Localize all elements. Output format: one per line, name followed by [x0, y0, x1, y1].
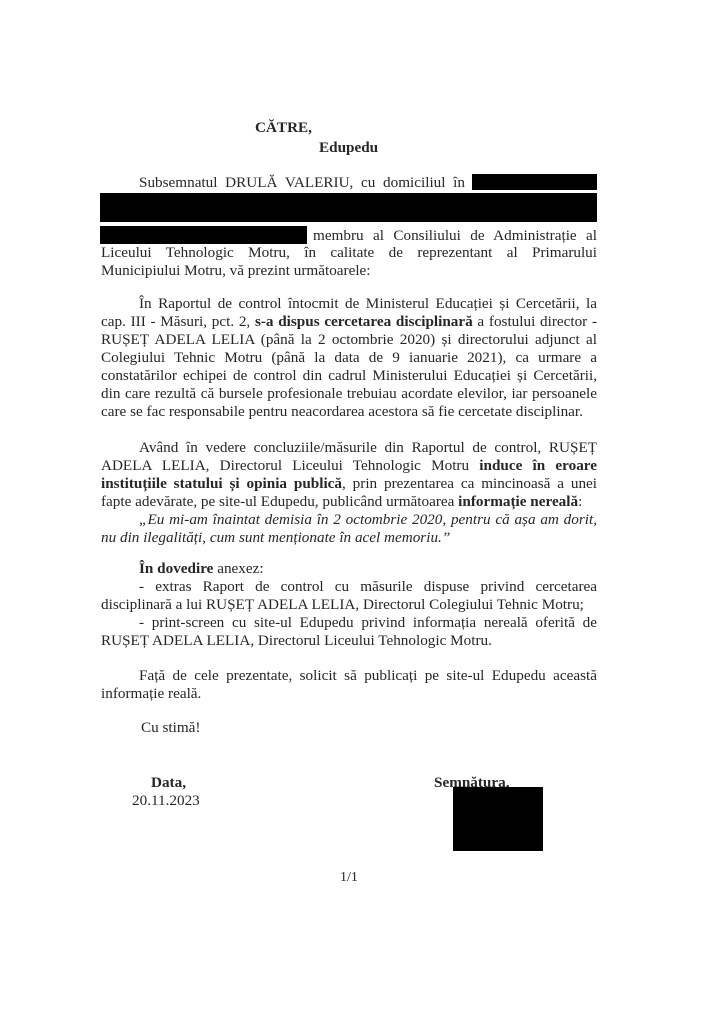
redacted-address-1	[472, 174, 597, 190]
p2-emphasis: induce în eroare	[479, 457, 597, 474]
annex-item-1-line-2: disciplinară a lui RUȘEȚ ADELA LELIA, Di…	[101, 596, 597, 613]
annex-item-1-line-1: - extras Raport de control cu măsurile d…	[139, 578, 597, 595]
quote-line-2: nu din ilegalități, cum sunt menționate …	[101, 529, 597, 546]
p2-line-4: fapte adevărate, pe site-ul Edupedu, pub…	[101, 493, 597, 510]
annex-item-2-line-2: RUȘEȚ ADELA LELIA, Directorul Liceului T…	[101, 632, 597, 649]
p1-line-4: Colegiului Tehnic Motru (până la data de…	[101, 349, 597, 366]
date-label: Data,	[151, 774, 186, 792]
annex-heading: În dovedire anexez:	[139, 560, 264, 578]
intro-line-3: membru al Consiliului de Administrație a…	[313, 227, 597, 245]
recipient: Edupedu	[319, 139, 378, 157]
p2-text: ADELA LELIA, Directorul Liceului Tehnolo…	[101, 457, 479, 474]
p1-line-2: cap. III - Măsuri, pct. 2, s-a dispus ce…	[101, 313, 597, 330]
to-label: CĂTRE,	[255, 119, 312, 137]
page-number: 1/1	[340, 870, 358, 886]
p1-line-5: constatărilor echipei de control din cad…	[101, 367, 597, 384]
p2-line-1: Având în vedere concluziile/măsurile din…	[139, 439, 597, 456]
p2-emphasis: informație nereală	[458, 493, 578, 510]
p1-line-3: RUȘEȚ ADELA LELIA (până la 2 octombrie 2…	[101, 331, 597, 348]
p2-line-2: ADELA LELIA, Directorul Liceului Tehnolo…	[101, 457, 597, 474]
p1-emphasis: s-a dispus cercetarea disciplinară	[255, 313, 473, 330]
intro-line-1: Subsemnatul DRULĂ VALERIU, cu domiciliul…	[139, 174, 465, 192]
p2-emphasis: instituțiile statului și opinia publică	[101, 475, 342, 492]
p2-line-3: instituțiile statului și opinia publică,…	[101, 475, 597, 492]
quote-line-1: „Eu mi-am înaintat demisia în 2 octombri…	[139, 511, 597, 528]
redacted-address-2	[100, 193, 597, 222]
redacted-address-3	[100, 226, 307, 244]
request-line-2: informație reală.	[101, 685, 597, 702]
intro-line-5: Municipiului Motru, vă prezint următoare…	[101, 262, 597, 279]
annex-heading-text: anexez:	[213, 560, 263, 577]
p1-line-7: care se fac responsabile pentru neacorda…	[101, 403, 597, 420]
request-line-1: Față de cele prezentate, solicit să publ…	[139, 667, 597, 684]
p2-text: :	[578, 493, 582, 510]
p1-text: a fostului director -	[473, 313, 597, 330]
annex-heading-bold: În dovedire	[139, 560, 213, 577]
p1-line-1: În Raportul de control întocmit de Minis…	[139, 295, 597, 312]
intro-line-4: Liceului Tehnologic Motru, în calitate d…	[101, 244, 597, 261]
annex-item-2-line-1: - print-screen cu site-ul Edupedu privin…	[139, 614, 597, 631]
p2-text: fapte adevărate, pe site-ul Edupedu, pub…	[101, 493, 458, 510]
salutation: Cu stimă!	[141, 719, 200, 737]
date-value: 20.11.2023	[132, 792, 200, 810]
p2-text: , prin prezentarea ca mincinoasă a unei	[342, 475, 597, 492]
p1-text: cap. III - Măsuri, pct. 2,	[101, 313, 255, 330]
document-page: CĂTRE, Edupedu Subsemnatul DRULĂ VALERIU…	[0, 0, 725, 1024]
redacted-signature	[453, 787, 543, 851]
p1-line-6: din care rezultă că bursele profesionale…	[101, 385, 597, 402]
